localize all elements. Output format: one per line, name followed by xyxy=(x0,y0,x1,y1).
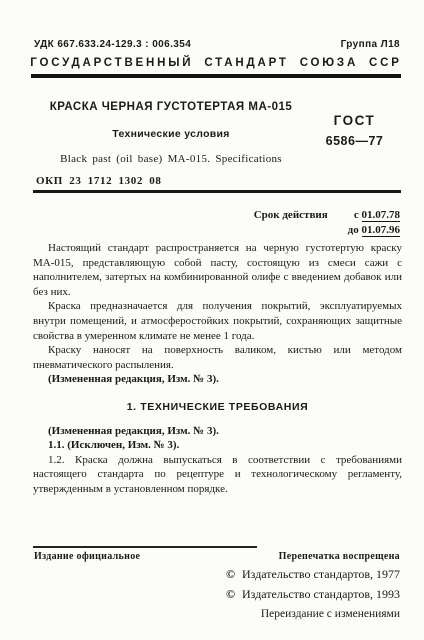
section-heading: 1. ТЕХНИЧЕСКИЕ ТРЕБОВАНИЯ xyxy=(33,400,402,415)
footer-rule xyxy=(33,546,257,548)
validity-from: с 01.07.78 xyxy=(354,208,400,223)
copyright-text-1977: Издательство стандартов, 1977 xyxy=(242,567,400,581)
document-title-english: Black past (oil base) МА-015. Specificat… xyxy=(33,153,309,165)
paragraph-application: Краску наносят на поверхность валиком, к… xyxy=(33,343,402,372)
group-label: Группа Л18 xyxy=(341,39,400,50)
gost-banner: ГОСУДАРСТВЕННЫЙ СТАНДАРТ СОЮЗА ССР xyxy=(30,57,402,69)
copyright-icon: © xyxy=(226,567,235,581)
document-page: УДК 667.633.24-129.3 : 006.354 Группа Л1… xyxy=(0,0,424,640)
paragraph-scope: Настоящий стандарт распространяется на ч… xyxy=(33,241,402,299)
udk-code: УДК 667.633.24-129.3 : 006.354 xyxy=(34,39,191,50)
copyright-line-1977: ©Издательство стандартов, 1977 xyxy=(226,564,400,584)
document-body: Настоящий стандарт распространяется на ч… xyxy=(33,241,402,497)
official-edition-label: Издание официальное xyxy=(34,551,140,562)
title-block: КРАСКА ЧЕРНАЯ ГУСТОТЕРТАЯ МА-015 Техниче… xyxy=(33,97,400,165)
copyright-text-1993: Издательство стандартов, 1993 xyxy=(242,587,400,601)
paragraph-1-1: 1.1. (Исключен, Изм. № 3). xyxy=(33,438,402,453)
gost-label: ГОСТ xyxy=(309,113,400,128)
okp-code: ОКП 23 1712 1302 08 xyxy=(36,175,162,187)
separator-rule xyxy=(33,190,401,193)
paragraph-1-2: 1.2. Краска должна выпускаться в соответ… xyxy=(33,453,402,497)
validity-block: Срок действия с 01.07.78 до 01.07.96 xyxy=(254,208,400,238)
reissue-note: Переиздание с изменениями xyxy=(226,604,400,624)
validity-from-prefix: с xyxy=(354,209,359,221)
banner-rule xyxy=(31,74,401,78)
copyright-icon: © xyxy=(226,587,235,601)
copyright-block: ©Издательство стандартов, 1977 ©Издатель… xyxy=(226,564,400,624)
paragraph-section-amendment: (Измененная редакция, Изм. № 3). xyxy=(33,424,402,439)
validity-from-date: 01.07.78 xyxy=(362,209,401,222)
document-title: КРАСКА ЧЕРНАЯ ГУСТОТЕРТАЯ МА-015 xyxy=(33,101,309,113)
paragraph-purpose: Краска предназначается для получения пок… xyxy=(33,299,402,343)
document-subtitle: Технические условия xyxy=(33,128,309,140)
footer-row: Издание официальное Перепечатка воспреще… xyxy=(34,551,400,562)
copyright-line-1993: ©Издательство стандартов, 1993 xyxy=(226,584,400,604)
validity-dates: с 01.07.78 до 01.07.96 xyxy=(348,208,400,238)
reprint-prohibited-label: Перепечатка воспрещена xyxy=(279,551,400,562)
title-column: КРАСКА ЧЕРНАЯ ГУСТОТЕРТАЯ МА-015 Техниче… xyxy=(33,97,309,165)
paragraph-amendment-note: (Измененная редакция, Изм. № 3). xyxy=(33,372,402,387)
gost-designation: ГОСТ 6586—77 xyxy=(309,97,400,165)
validity-to: до 01.07.96 xyxy=(348,223,400,238)
validity-label: Срок действия xyxy=(254,208,328,238)
gost-number: 6586—77 xyxy=(309,134,400,148)
validity-to-prefix: до xyxy=(348,224,359,236)
document-header: УДК 667.633.24-129.3 : 006.354 Группа Л1… xyxy=(34,39,400,50)
validity-to-date: 01.07.96 xyxy=(362,224,401,237)
